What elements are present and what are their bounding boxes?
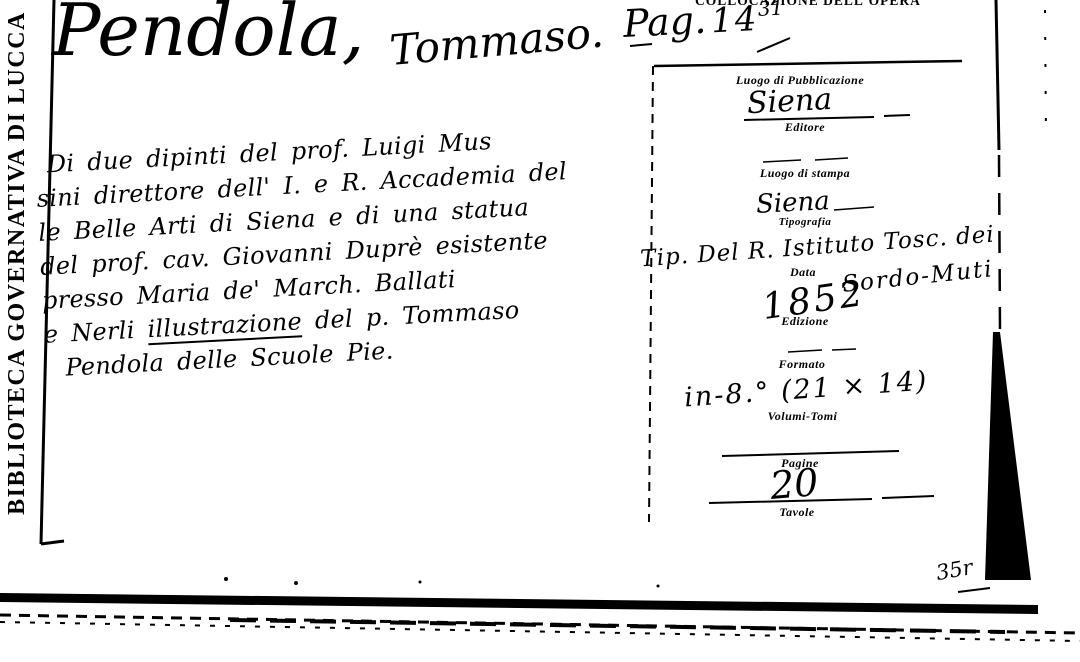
speck <box>224 577 228 581</box>
field-value-formato: in-8.° (21 × 14) <box>683 366 929 414</box>
right-dot-column <box>1045 10 1046 138</box>
field-value-luogo-pubblicazione: Siena <box>746 82 833 121</box>
stampa-dashes <box>763 158 848 162</box>
field-label-edizione: Edizione <box>765 314 845 329</box>
field-label-formato: Formato <box>762 357 842 372</box>
entry-description: Di due dipinti del prof. Luigi Mus sini … <box>34 112 726 385</box>
formato-dashes <box>788 349 856 352</box>
stampa-value-dash <box>834 207 874 210</box>
field-label-luogo-stampa: Luogo di stampa <box>745 166 865 181</box>
noise-band-2 <box>0 622 1080 641</box>
speck <box>657 585 660 588</box>
pagine-bottom-rule <box>709 496 934 503</box>
bottom-scan-bar <box>0 593 1038 614</box>
entry-surname: Pendola, <box>52 0 364 66</box>
field-label-tipografia: Tipografia <box>760 216 850 228</box>
description-line-part: e Nerli <box>43 315 148 348</box>
right-edge-rule <box>996 0 999 150</box>
form-header: COLLOCAZIONE DELL'OPERA <box>695 0 921 9</box>
right-edge-rule-broken <box>999 155 1000 332</box>
field-label-tavole: Tavole <box>762 505 832 520</box>
catalog-card-scan: BIBLIOTECA GOVERNATIVA DI LUCCA Pendola,… <box>0 0 1080 662</box>
speck <box>294 581 298 585</box>
bottom-right-note: 35r <box>934 555 974 585</box>
noise-band-3 <box>230 620 1005 632</box>
shelfmark-underline <box>757 38 790 52</box>
field-label-editore: Editore <box>765 120 845 135</box>
note-underline <box>958 588 990 592</box>
library-stamp: BIBLIOTECA GOVERNATIVA DI LUCCA <box>4 0 31 530</box>
ink-wedge-blotch <box>985 332 1031 580</box>
field-value-luogo-stampa: Siena <box>755 186 830 220</box>
field-label-volumi-tomi: Volumi-Tomi <box>750 409 855 424</box>
noise-band-1 <box>0 615 1080 633</box>
form-top-rule <box>654 61 962 66</box>
field-value-pagine: 20 <box>768 460 820 508</box>
speck <box>419 581 422 584</box>
entry-forename: Tommaso. <box>388 8 606 75</box>
